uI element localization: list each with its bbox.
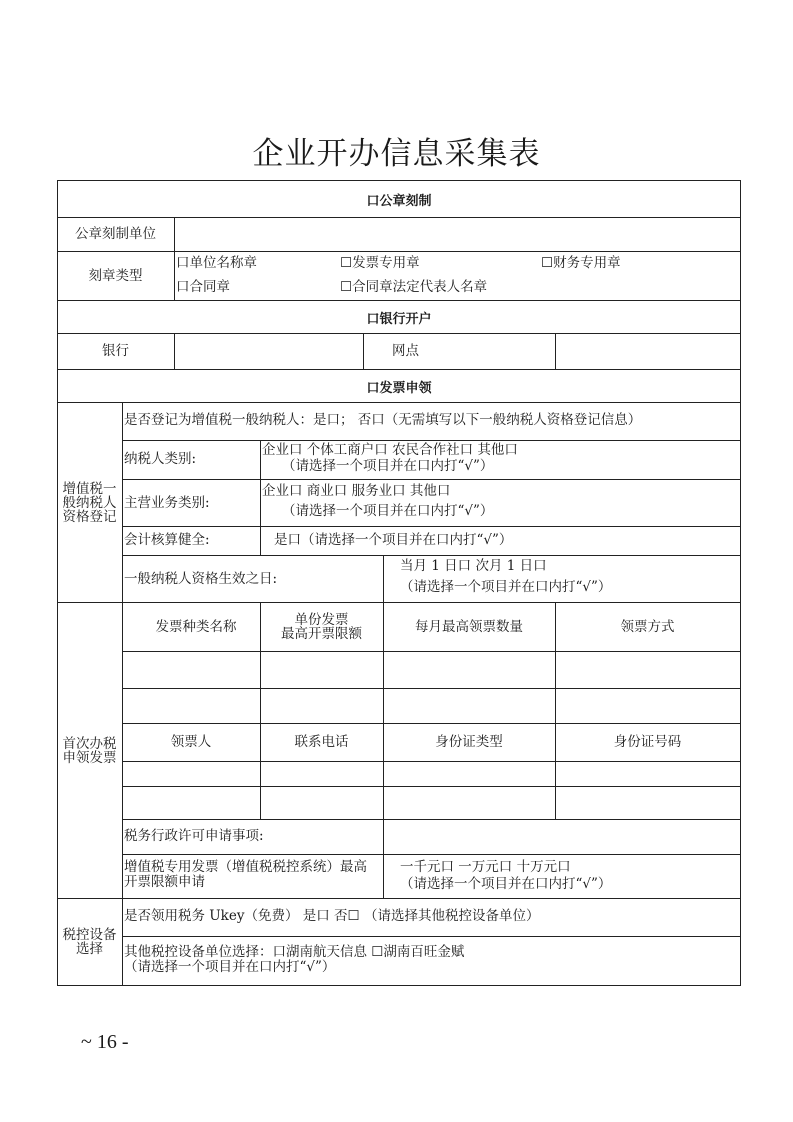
page-number: ~ 16 - <box>81 1031 128 1054</box>
row-divider <box>122 555 741 556</box>
other-vendor-hint: （请选择一个项目并在口内打“√”） <box>124 960 335 975</box>
invoice-row-2-limit[interactable] <box>262 690 382 722</box>
recipient-row-1-id-type[interactable] <box>385 763 554 785</box>
business-type-options[interactable]: 企业口 商业口 服务业口 其他口 <box>262 484 450 499</box>
vat-question[interactable]: 是否登记为增值税一般纳税人：是口； 否口（无需填写以下一般纳税人资格登记信息） <box>124 413 641 428</box>
group-label-line: 首次办税 <box>63 737 117 751</box>
ukey-question[interactable]: 是否领用税务 Ukey（免费） 是口 否☐ （请选择其他税控设备单位） <box>124 909 539 924</box>
section-header-seal[interactable]: 口公章刻制 <box>57 181 741 217</box>
row-divider <box>57 898 741 899</box>
seal-type-option[interactable]: 口合同章 <box>176 280 230 295</box>
branch-input[interactable] <box>557 335 739 368</box>
header-line: 单份发票 <box>281 613 362 627</box>
recipient-row-1-name[interactable] <box>124 763 259 785</box>
effective-date-options[interactable]: 当月 1 日口 次月 1 日口 <box>400 559 547 574</box>
row-divider <box>122 526 741 527</box>
bank-label: 银行 <box>57 334 174 369</box>
permit-input[interactable] <box>385 821 739 853</box>
invoice-header-limit: 单份发票 最高开票限额 <box>260 603 383 651</box>
taxpayer-type-hint: （请选择一个项目并在口内打“√”） <box>282 459 493 474</box>
group-label-line: 申领发票 <box>63 751 117 765</box>
invoice-header-type: 发票种类名称 <box>122 603 260 651</box>
invoice-row-2-method[interactable] <box>557 690 739 722</box>
seal-type-option[interactable]: ☐合同章法定代表人名章 <box>340 280 487 295</box>
col-divider <box>363 333 364 370</box>
seal-type-option[interactable]: 口单位名称章 <box>176 256 257 271</box>
group-label-line: 税控设备 <box>63 928 117 942</box>
label-line: 开票限额申请 <box>124 875 367 890</box>
business-type-label: 主营业务类别: <box>124 496 210 511</box>
col-divider <box>383 555 384 603</box>
recipient-header-phone: 联系电话 <box>260 724 383 761</box>
group-label-line: 选择 <box>63 942 117 956</box>
recipient-row-1-id-number[interactable] <box>557 763 739 785</box>
invoice-row-2-qty[interactable] <box>385 690 554 722</box>
other-vendor-line[interactable]: 其他税控设备单位选择：口湖南航天信息 ☐湖南百旺金赋 <box>124 945 464 960</box>
limit-hint: （请选择一个项目并在口内打“√”） <box>400 877 611 892</box>
invoice-row-1-limit[interactable] <box>262 653 382 687</box>
first-invoice-group-label: 首次办税 申领发票 <box>57 603 122 898</box>
seal-unit-input[interactable] <box>176 219 738 250</box>
row-divider <box>122 854 741 855</box>
recipient-row-2-phone[interactable] <box>262 788 382 818</box>
seal-type-option[interactable]: ☐财务专用章 <box>541 256 621 271</box>
group-label-line: 般纳税人 <box>63 496 117 510</box>
taxpayer-type-label: 纳税人类别: <box>124 452 196 467</box>
permit-label: 税务行政许可申请事项: <box>124 829 264 844</box>
invoice-header-method: 领票方式 <box>555 603 740 651</box>
page-title: 企业开办信息采集表 <box>0 128 793 173</box>
seal-unit-label: 公章刻制单位 <box>57 218 174 251</box>
row-divider <box>122 479 741 480</box>
section-header-bank[interactable]: 口银行开户 <box>57 301 741 333</box>
business-type-hint: （请选择一个项目并在口内打“√”） <box>282 504 493 519</box>
effective-date-hint: （请选择一个项目并在口内打“√”） <box>400 580 611 595</box>
effective-date-label: 一般纳税人资格生效之日: <box>124 572 277 587</box>
invoice-row-1-type[interactable] <box>124 653 259 687</box>
seal-type-label: 刻章类型 <box>57 252 174 300</box>
recipient-header-name: 领票人 <box>122 724 260 761</box>
group-label-line: 资格登记 <box>63 510 117 524</box>
seal-type-option[interactable]: ☐发票专用章 <box>340 256 420 271</box>
group-label-line: 增值税一 <box>63 482 117 496</box>
recipient-row-1-phone[interactable] <box>262 763 382 785</box>
invoice-row-2-type[interactable] <box>124 690 259 722</box>
invoice-row-1-qty[interactable] <box>385 653 554 687</box>
taxpayer-type-options[interactable]: 企业口 个体工商户口 农民合作社口 其他口 <box>262 443 518 458</box>
branch-label: 网点 <box>392 344 419 359</box>
table-border-bottom <box>57 985 741 986</box>
limit-options[interactable]: 一千元口 一万元口 十万元口 <box>400 860 571 875</box>
recipient-row-2-id-number[interactable] <box>557 788 739 818</box>
invoice-header-monthly-qty: 每月最高领票数量 <box>383 603 555 651</box>
accounting-value[interactable]: 是口（请选择一个项目并在口内打“√”） <box>274 533 512 548</box>
recipient-header-id-type: 身份证类型 <box>383 724 555 761</box>
recipient-header-id-number: 身份证号码 <box>555 724 740 761</box>
bank-input[interactable] <box>176 335 362 368</box>
header-line: 最高开票限额 <box>281 627 362 641</box>
section-header-invoice[interactable]: 口发票申领 <box>57 370 741 402</box>
accounting-label: 会计核算健全: <box>124 533 210 548</box>
label-line: 增值税专用发票（增值税税控系统）最高 <box>124 860 367 875</box>
vat-group-label: 增值税一 般纳税人 资格登记 <box>57 403 122 602</box>
tax-device-group-label: 税控设备 选择 <box>57 899 122 985</box>
limit-label: 增值税专用发票（增值税税控系统）最高 开票限额申请 <box>124 860 367 890</box>
recipient-row-2-name[interactable] <box>124 788 259 818</box>
row-divider <box>57 402 741 403</box>
row-divider <box>122 936 741 937</box>
invoice-row-1-method[interactable] <box>557 653 739 687</box>
recipient-row-2-id-type[interactable] <box>385 788 554 818</box>
